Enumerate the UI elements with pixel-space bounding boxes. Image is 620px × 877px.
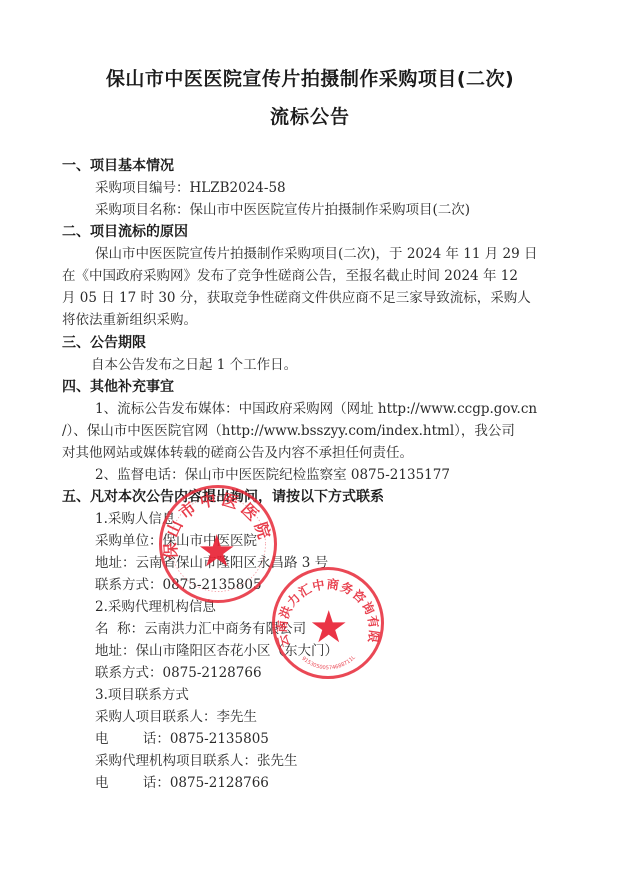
supervision-phone: 2、监督电话：保山市中医医院纪检监察室 0875-2135177	[95, 465, 450, 485]
contact-line: 采购单位：保山市中医医院	[95, 531, 257, 551]
section-heading-4: 四、其他补充事宜	[62, 377, 174, 397]
project-name: 采购项目名称：保山市中医医院宣传片拍摄制作采购项目(二次)	[95, 200, 470, 220]
supplement-line: 对其他网站或媒体转载的磋商公告及内容不承担任何责任。	[62, 443, 413, 463]
document-title: 保山市中医医院宣传片拍摄制作采购项目(二次)	[0, 64, 620, 91]
section-heading-5: 五、凡对本次公告内容提出询问，请按以下方式联系	[62, 487, 384, 507]
contact-line: 电 话：0875-2128766	[95, 773, 269, 793]
contact-line: 采购代理机构项目联系人：张先生	[95, 751, 298, 771]
contact-line: 电 话：0875-2135805	[95, 729, 269, 749]
document-subtitle: 流标公告	[0, 102, 620, 129]
contact-line: 联系方式：0875-2128766	[95, 663, 262, 683]
reason-line: 月 05 日 17 时 30 分，获取竞争性磋商文件供应商不足三家导致流标，采购…	[62, 288, 531, 308]
supplement-line: 1、流标公告发布媒体：中国政府采购网（网址 http://www.ccgp.go…	[95, 399, 537, 419]
contact-line: 地址：保山市隆阳区杏花小区（东大门）	[95, 641, 338, 661]
contact-line: 2.采购代理机构信息	[95, 597, 216, 617]
contact-line: 名 称：云南洪力汇中商务有限公司	[95, 619, 306, 639]
notice-period: 自本公告发布之日起 1 个工作日。	[91, 355, 297, 375]
supplement-line: /）、保山市中医医院官网（http://www.bsszyy.com/index…	[62, 421, 515, 441]
reason-line: 在《中国政府采购网》发布了竞争性磋商公告，至报名截止时间 2024 年 12	[62, 266, 518, 286]
section-heading-3: 三、公告期限	[62, 333, 146, 353]
section-heading-2: 二、项目流标的原因	[62, 222, 188, 242]
contact-line: 地址：云南省保山市隆阳区永昌路 3 号	[95, 553, 328, 573]
reason-line: 保山市中医医院宣传片拍摄制作采购项目(二次)，于 2024 年 11 月 29 …	[95, 244, 538, 264]
contact-line: 采购人项目联系人：李先生	[95, 707, 257, 727]
section-heading-1: 一、项目基本情况	[62, 156, 174, 176]
contact-line: 1.采购人信息	[95, 509, 175, 529]
contact-line: 3.项目联系方式	[95, 685, 189, 705]
contact-line: 联系方式：0875-2135805	[95, 575, 262, 595]
project-number: 采购项目编号：HLZB2024-58	[95, 178, 286, 198]
reason-line: 将依法重新组织采购。	[62, 310, 197, 330]
